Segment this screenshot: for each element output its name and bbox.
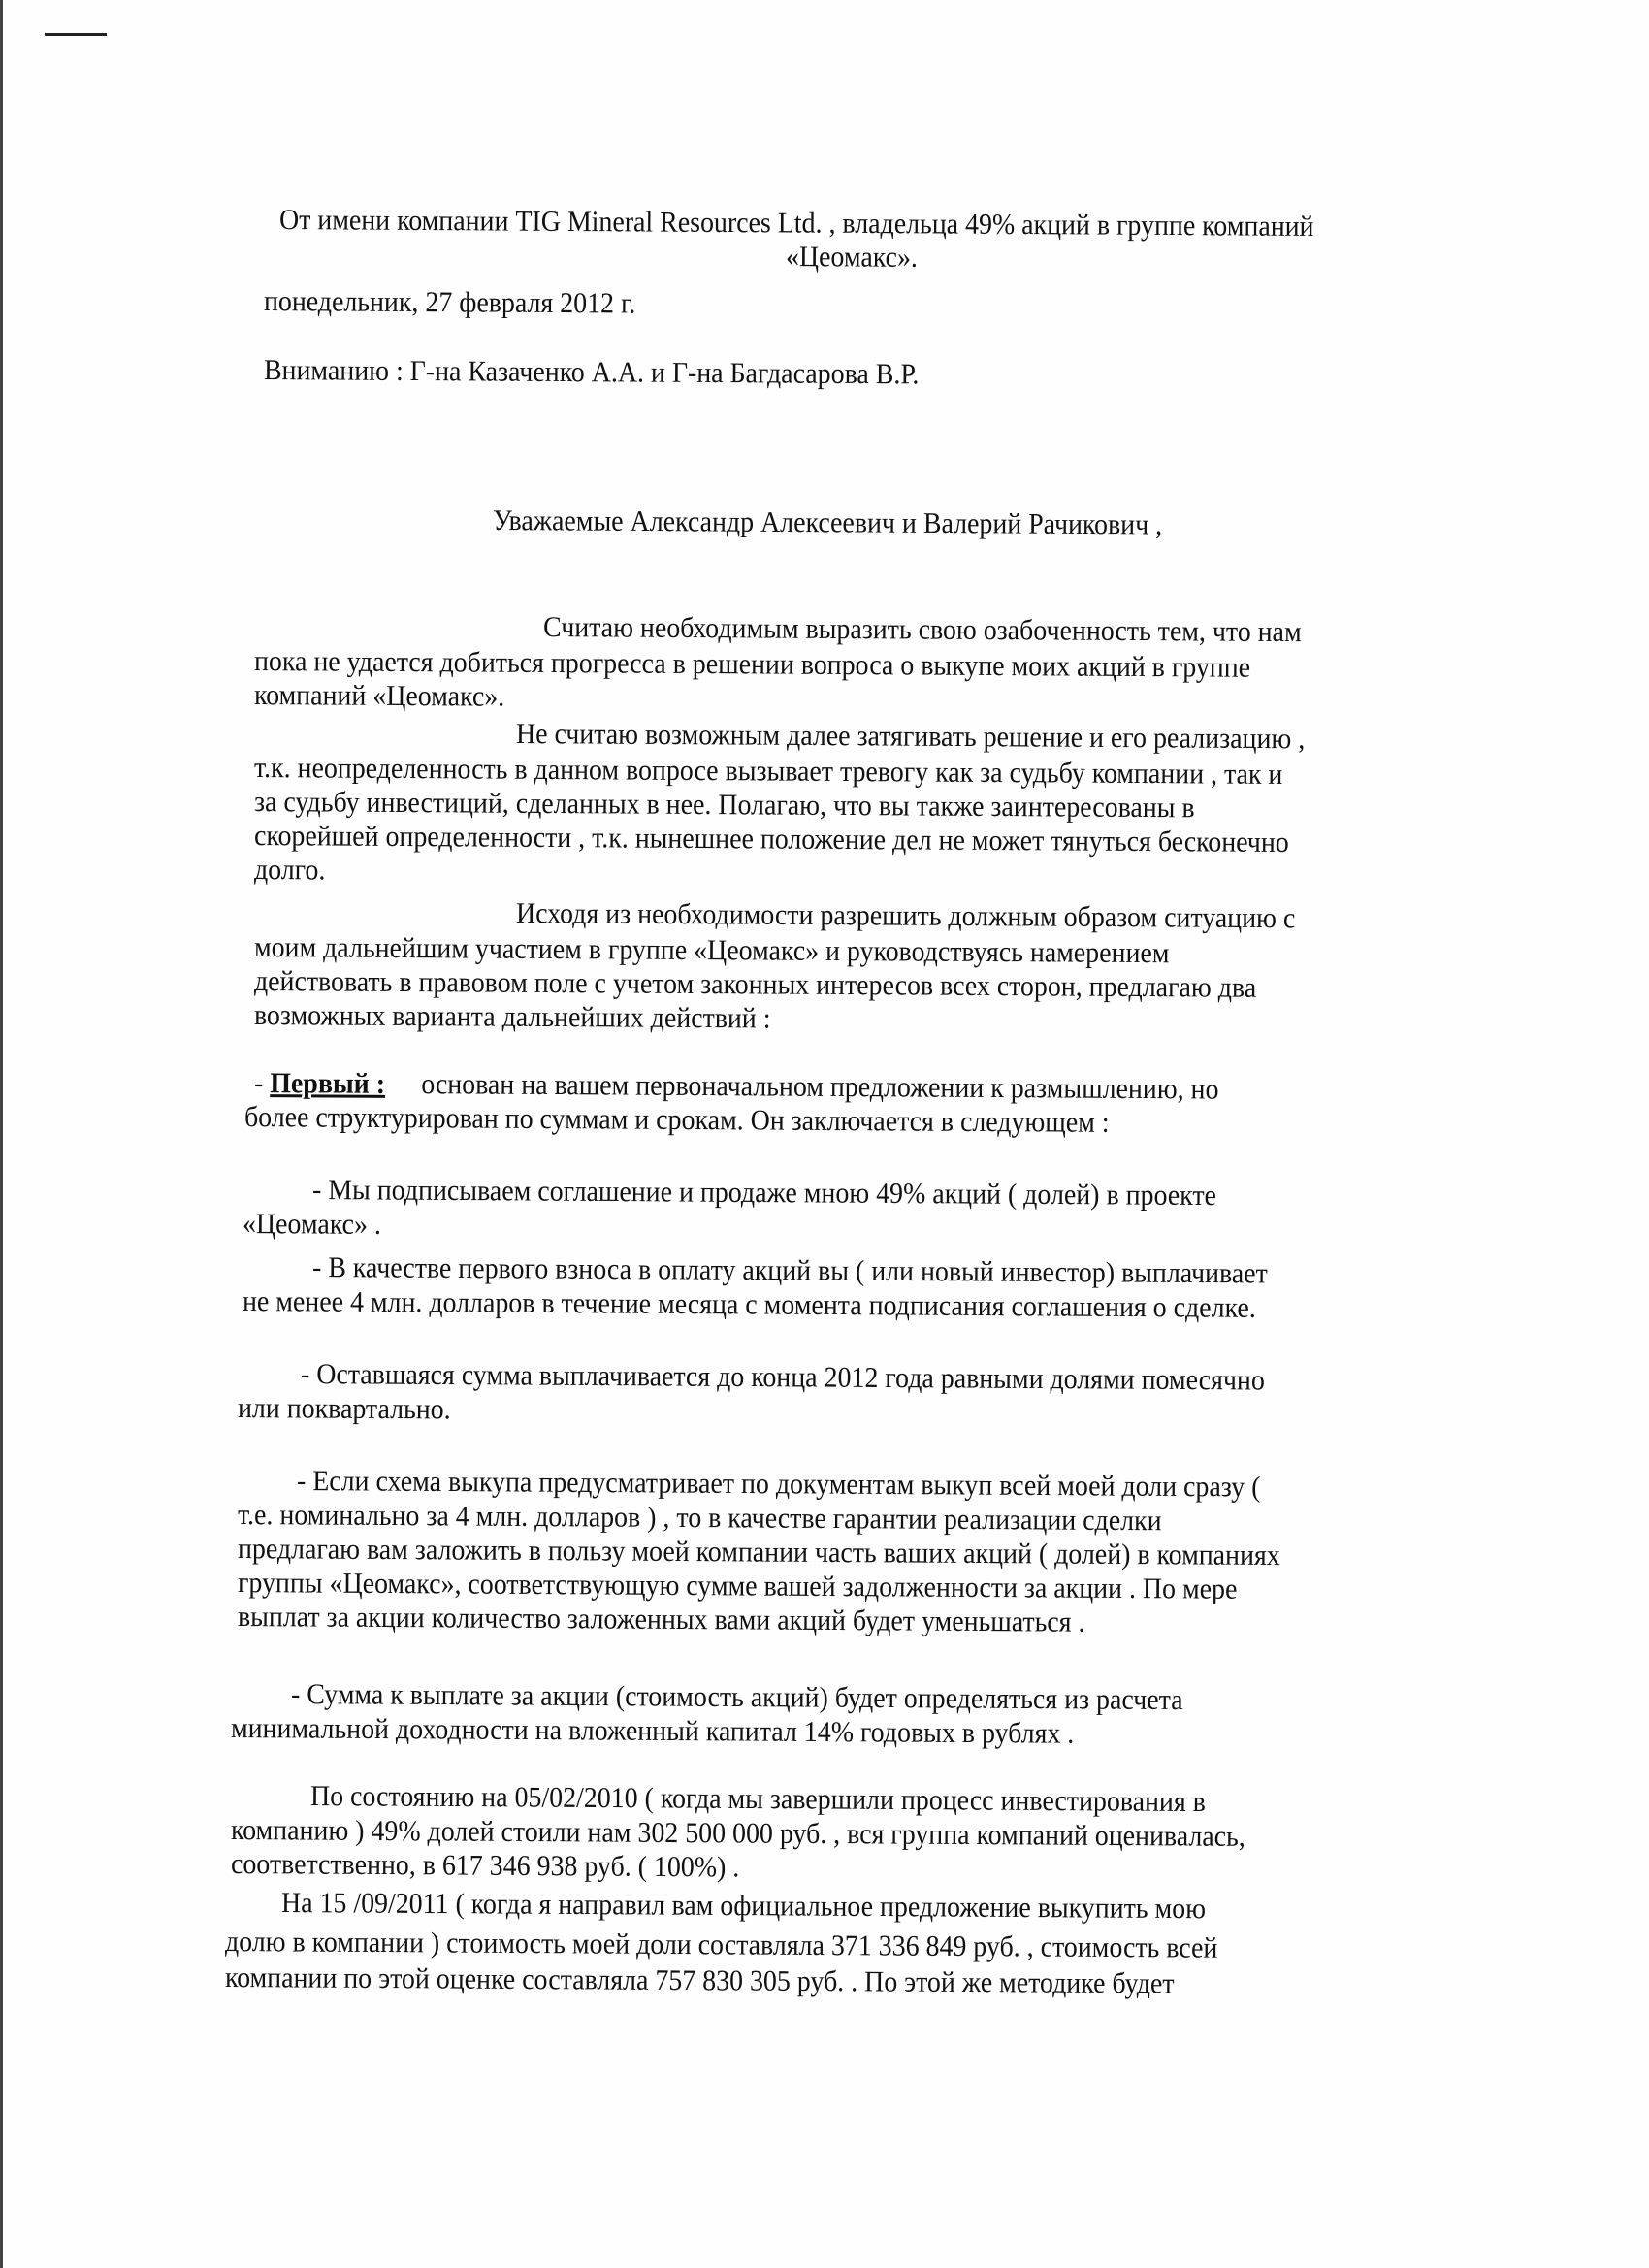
option-first-heading: - Первый :основан на вашем первоначально… xyxy=(254,1067,1219,1107)
p2-line: Не считаю возможным далее затягивать реш… xyxy=(516,718,1305,756)
bullet-4-line: группы «Цеомакс», соответствующую сумме … xyxy=(238,1567,1238,1606)
bullet-3-line: или поквартально. xyxy=(238,1392,451,1426)
p2-line: скорейшей определенности , т.к. нынешнее… xyxy=(254,820,1289,859)
bullet-2-line: - В качестве первого взноса в оплату акц… xyxy=(312,1251,1268,1290)
bullet-4-line: предлагаю вам заложить в пользу моей ком… xyxy=(238,1533,1280,1572)
p1-line: Считаю необходимым выразить свою озабоче… xyxy=(543,611,1302,649)
option-first-label: Первый : xyxy=(270,1067,385,1100)
p5-line: На 15 /09/2011 ( когда я направил вам оф… xyxy=(281,1887,1206,1926)
attention-line: Вниманию : Г-на Казаченко А.А. и Г-на Ба… xyxy=(264,354,920,391)
bullet-1-line: «Цеомакс» . xyxy=(242,1208,381,1242)
scan-edge xyxy=(0,0,3,2268)
p3-line: моим дальнейшим участием в группе «Цеома… xyxy=(254,931,1170,970)
option-first-line: более структурирован по суммам и срокам.… xyxy=(244,1101,1110,1140)
p3-line: действовать в правовом поле с учетом зак… xyxy=(254,965,1256,1005)
option-first-text: основан на вашем первоначальном предложе… xyxy=(421,1068,1218,1105)
p5-line: компании по этой оценке составляла 757 8… xyxy=(225,1961,1175,2000)
p3-line: Исходя из необходимости разрешить должны… xyxy=(516,897,1295,935)
dash: - xyxy=(254,1067,270,1099)
p4-line: соответственно, в 617 346 938 руб. ( 100… xyxy=(231,1848,739,1884)
bullet-4-line: т.е. номинально за 4 млн. долларов ) , т… xyxy=(238,1499,1162,1538)
bullet-1-line: - Мы подписываем соглашение и продаже мн… xyxy=(312,1174,1216,1213)
letter-date: понедельник, 27 февраля 2012 г. xyxy=(264,285,635,321)
bullet-5-line: - Сумма к выплате за акции (стоимость ак… xyxy=(291,1678,1183,1717)
corner-mark xyxy=(45,33,107,36)
bullet-5-line: минимальной доходности на вложенный капи… xyxy=(231,1712,1075,1751)
scanned-letter-page: От имени компании TIG Mineral Resources … xyxy=(0,0,1649,2268)
bullet-2-line: не менее 4 млн. долларов в течение месяц… xyxy=(242,1285,1256,1325)
header-line-2: «Цеомакс». xyxy=(786,241,918,275)
p1-line: пока не удается добиться прогресса в реш… xyxy=(254,645,1250,685)
p5-line: долю в компании ) стоимость моей доли со… xyxy=(225,1926,1218,1965)
p1-line: компаний «Цеомакс». xyxy=(254,679,504,714)
p2-line: т.к. неопределенность в данном вопросе в… xyxy=(254,752,1283,792)
p2-line: долго. xyxy=(254,854,326,887)
bullet-4-line: выплат за акции количество заложенных ва… xyxy=(238,1601,1085,1639)
bullet-4-line: - Если схема выкупа предусматривает по д… xyxy=(297,1465,1261,1505)
header-line-1: От имени компании TIG Mineral Resources … xyxy=(279,204,1314,243)
salutation: Уважаемые Александр Алексеевич и Валерий… xyxy=(493,504,1162,542)
bullet-3-line: - Оставшаяся сумма выплачивается до конц… xyxy=(301,1358,1265,1398)
p4-line: компанию ) 49% долей стоили нам 302 500 … xyxy=(231,1814,1245,1854)
p4-line: По состоянию на 05/02/2010 ( когда мы за… xyxy=(310,1780,1206,1819)
p3-line: возможных варианта дальнейших действий : xyxy=(254,999,771,1035)
p2-line: за судьбу инвестиций, сделанных в нее. П… xyxy=(254,786,1195,825)
